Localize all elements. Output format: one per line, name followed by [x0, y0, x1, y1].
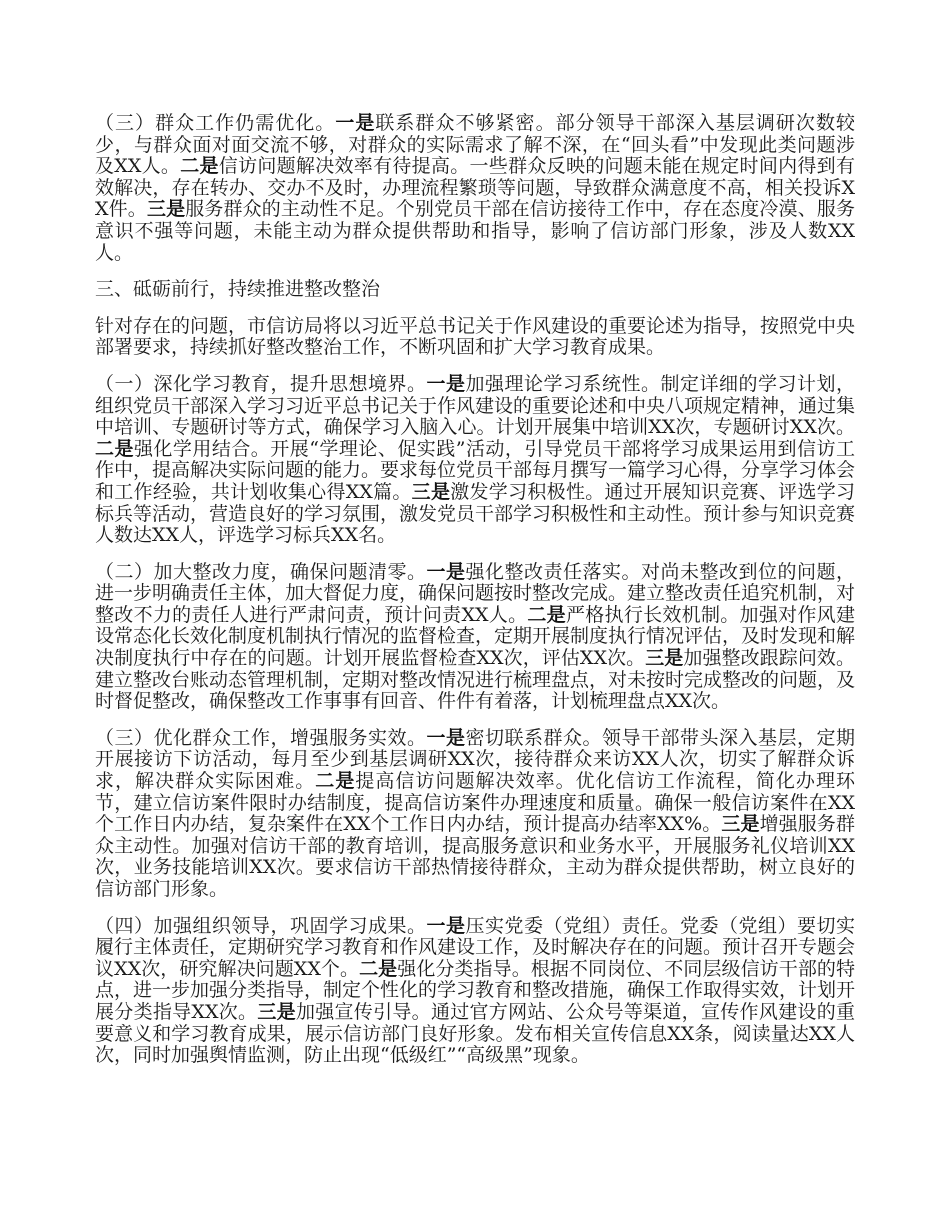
document-page: （三）群众工作仍需优化。一是联系群众不够紧密。部分领导干部深入基层调研次数较少，… — [0, 0, 950, 1230]
emphasis-run: 一是 — [335, 112, 375, 134]
emphasis-run: 二是 — [527, 604, 566, 626]
emphasis-run: 二是 — [95, 438, 134, 460]
emphasis-run: 二是 — [315, 770, 355, 792]
text-run: 服务群众的主动性不足。个别党员干部在信访接待工作中，存在态度冷漠、服务意识不强等… — [95, 198, 855, 263]
paragraph-organizational-leadership: （四）加强组织领导，巩固学习成果。一是压实党委（党组）责任。党委（党组）要切实履… — [95, 916, 855, 1067]
text-run: （三）群众工作仍需优化。 — [95, 112, 335, 134]
text-run: （二）加大整改力度，确保问题清零。 — [95, 561, 426, 583]
emphasis-run: 一是 — [426, 915, 465, 937]
document-body: （三）群众工作仍需优化。一是联系群众不够紧密。部分领导干部深入基层调研次数较少，… — [95, 113, 855, 1067]
emphasis-run: 一是 — [426, 561, 465, 583]
paragraph-rectification: （二）加大整改力度，确保问题清零。一是强化整改责任落实。对尚未整改到位的问题，进… — [95, 562, 855, 713]
section-heading: 三、砥砺前行，持续推进整改整治 — [95, 279, 855, 301]
emphasis-run: 三是 — [147, 198, 185, 220]
emphasis-run: 二是 — [359, 958, 397, 980]
text-run: （三）优化群众工作，增强服务实效。 — [95, 727, 426, 749]
paragraph-deepen-study: （一）深化学习教育，提升思想境界。一是加强理论学习系统性。制定详细的学习计划，组… — [95, 374, 855, 547]
paragraph-intro: 针对存在的问题，市信访局将以习近平总书记关于作风建设的重要论述为指导，按照党中央… — [95, 316, 855, 359]
emphasis-run: 二是 — [180, 155, 219, 177]
page: { "page": { "background": "#ffffff", "te… — [0, 0, 950, 1230]
text-run: 三、砥砺前行，持续推进整改整治 — [95, 278, 380, 300]
emphasis-run: 三是 — [721, 813, 759, 835]
paragraph-optimize-masses-work: （三）优化群众工作，增强服务实效。一是密切联系群众。领导干部带头深入基层，定期开… — [95, 728, 855, 901]
emphasis-run: 一是 — [426, 373, 465, 395]
text-run: 针对存在的问题，市信访局将以习近平总书记关于作风建设的重要论述为指导，按照党中央… — [95, 315, 855, 359]
emphasis-run: 三是 — [645, 647, 683, 669]
emphasis-run: 三是 — [257, 1001, 296, 1023]
text-run: （一）深化学习教育，提升思想境界。 — [95, 373, 426, 395]
paragraph-masses-work: （三）群众工作仍需优化。一是联系群众不够紧密。部分领导干部深入基层调研次数较少，… — [95, 113, 855, 264]
emphasis-run: 三是 — [412, 481, 451, 503]
emphasis-run: 一是 — [426, 727, 465, 749]
text-run: （四）加强组织领导，巩固学习成果。 — [95, 915, 426, 937]
